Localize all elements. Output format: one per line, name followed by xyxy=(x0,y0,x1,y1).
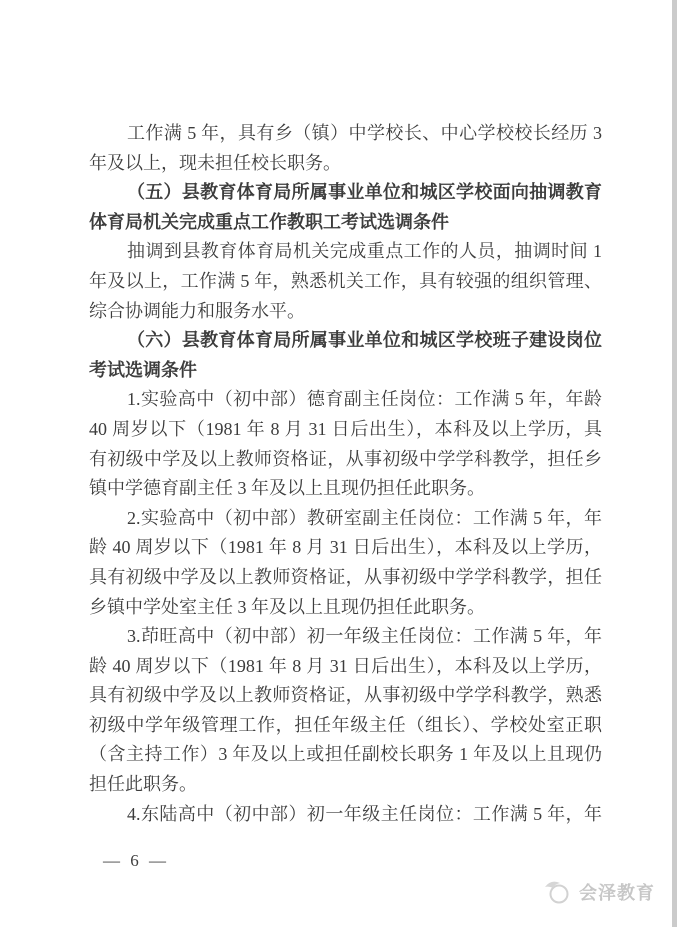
swallow-circle-logo-icon xyxy=(543,877,573,907)
text-line: 3.茚旺高中（初中部）初一年级主任岗位：工作满 5 年，年 xyxy=(89,622,602,652)
page-number: — 6 — xyxy=(103,851,169,871)
section-heading: 考试选调条件 xyxy=(89,356,602,386)
scan-edge xyxy=(672,0,677,927)
text-line: 2.实验高中（初中部）教研室副主任岗位：工作满 5 年，年 xyxy=(89,504,602,534)
text-line: 年及以上，现未担任校长职务。 xyxy=(89,149,602,179)
text-line: 4.东陆高中（初中部）初一年级主任岗位：工作满 5 年，年 xyxy=(89,800,602,830)
document-body: 工作满 5 年，具有乡（镇）中学校长、中心学校校长经历 3 年及以上，现未担任校… xyxy=(89,119,602,829)
section-heading: 体育局机关完成重点工作教职工考试选调条件 xyxy=(89,208,602,238)
text-line: 1.实验高中（初中部）德育副主任岗位：工作满 5 年，年龄 xyxy=(89,385,602,415)
text-line: 龄 40 周岁以下（1981 年 8 月 31 日后出生），本科及以上学历， xyxy=(89,652,602,682)
text-line: 年及以上，工作满 5 年，熟悉机关工作，具有较强的组织管理、 xyxy=(89,267,602,297)
text-line: 镇中学德育副主任 3 年及以上且现仍担任此职务。 xyxy=(89,474,602,504)
text-line: 担任此职务。 xyxy=(89,770,602,800)
text-line: 乡镇中学处室主任 3 年及以上且现仍担任此职务。 xyxy=(89,593,602,623)
section-heading: （五）县教育体育局所属事业单位和城区学校面向抽调教育 xyxy=(89,178,602,208)
text-line: 工作满 5 年，具有乡（镇）中学校长、中心学校校长经历 3 xyxy=(89,119,602,149)
document-page: 工作满 5 年，具有乡（镇）中学校长、中心学校校长经历 3 年及以上，现未担任校… xyxy=(0,0,678,927)
text-line: 具有初级中学及以上教师资格证，从事初级中学学科教学，担任 xyxy=(89,563,602,593)
text-line: 初级中学年级管理工作，担任年级主任（组长）、学校处室正职 xyxy=(89,711,602,741)
watermark-brand: 会泽教育 xyxy=(579,879,655,905)
text-line: 龄 40 周岁以下（1981 年 8 月 31 日后出生），本科及以上学历， xyxy=(89,533,602,563)
text-line: 抽调到县教育体育局机关完成重点工作的人员，抽调时间 1 xyxy=(89,237,602,267)
text-line: 有初级中学及以上教师资格证，从事初级中学学科教学，担任乡 xyxy=(89,445,602,475)
text-line: 综合协调能力和服务水平。 xyxy=(89,297,602,327)
text-line: （含主持工作）3 年及以上或担任副校长职务 1 年及以上且现仍 xyxy=(89,740,602,770)
watermark: 会泽教育 xyxy=(543,877,655,907)
section-heading: （六）县教育体育局所属事业单位和城区学校班子建设岗位 xyxy=(89,326,602,356)
text-line: 40 周岁以下（1981 年 8 月 31 日后出生），本科及以上学历，具 xyxy=(89,415,602,445)
text-line: 具有初级中学及以上教师资格证，从事初级中学学科教学，熟悉 xyxy=(89,681,602,711)
